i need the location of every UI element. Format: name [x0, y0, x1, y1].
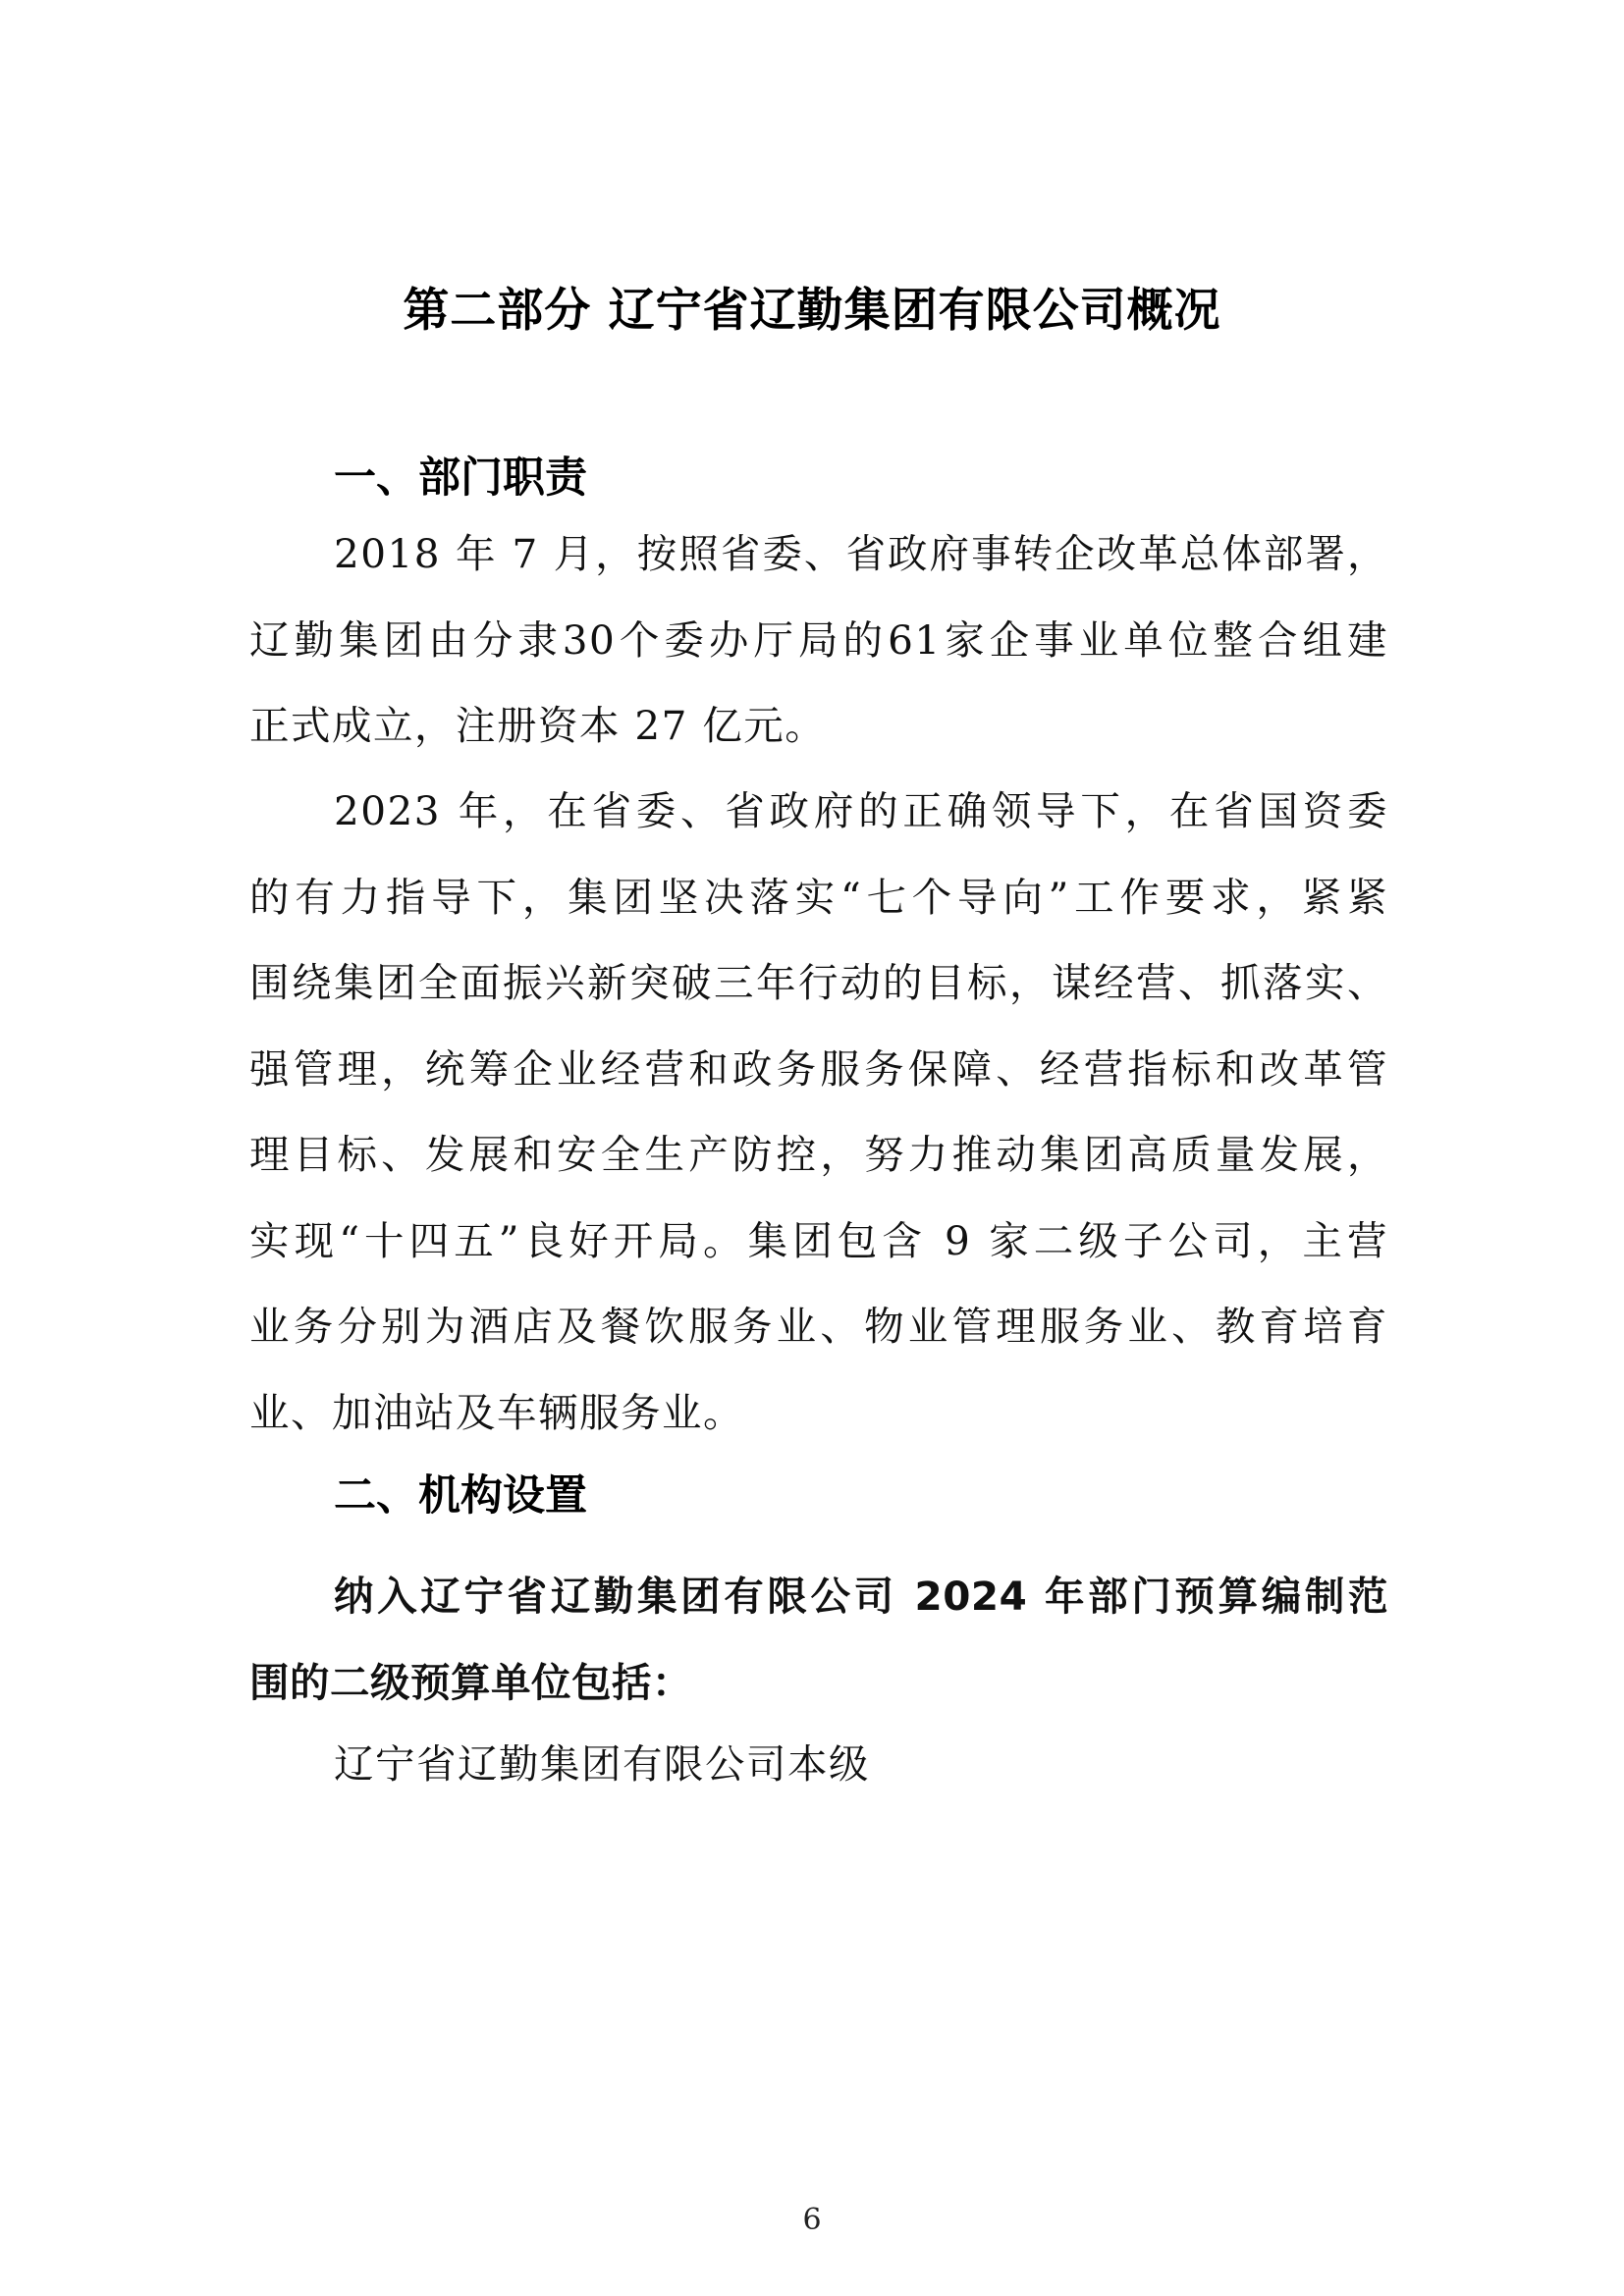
paragraph-line: 围绕集团全面振兴新突破三年行动的目标，谋经营、抓落实、 [249, 940, 1388, 1027]
paragraph-line: 业务分别为酒店及餐饮服务业、物业管理服务业、教育培育 [249, 1284, 1388, 1370]
paragraph-2023-overview: 2023 年，在省委、省政府的正确领导下，在省国资委 的有力指导下，集团坚决落实… [249, 769, 1388, 1456]
paragraph-budget-scope: 纳入辽宁省辽勤集团有限公司 2024 年部门预算编制范 围的二级预算单位包括： [249, 1554, 1388, 1726]
paragraph-line: 强管理，统筹企业经营和政务服务保障、经营指标和改革管 [249, 1027, 1388, 1113]
paragraph-line: 2023 年，在省委、省政府的正确领导下，在省国资委 [249, 769, 1388, 855]
paragraph-line: 的有力指导下，集团坚决落实“七个导向”工作要求，紧紧 [249, 855, 1388, 941]
document-page: 第二部分 辽宁省辽勤集团有限公司概况 一、部门职责 2018 年 7 月，按照省… [0, 0, 1624, 2296]
budget-unit-item: 辽宁省辽勤集团有限公司本级 [334, 1736, 870, 1791]
paragraph-line: 理目标、发展和安全生产防控，努力推动集团高质量发展， [249, 1112, 1388, 1199]
paragraph-line: 业、加油站及车辆服务业。 [249, 1370, 1388, 1457]
paragraph-line: 实现“十四五”良好开局。集团包含 9 家二级子公司，主营 [249, 1199, 1388, 1285]
paragraph-line: 辽勤集团由分隶30个委办厅局的61家企事业单位整合组建 [249, 598, 1388, 684]
paragraph-line: 2018 年 7 月，按照省委、省政府事转企改革总体部署， [249, 511, 1388, 598]
section-heading-responsibilities: 一、部门职责 [334, 451, 587, 506]
page-title: 第二部分 辽宁省辽勤集团有限公司概况 [0, 282, 1624, 341]
paragraph-line: 纳入辽宁省辽勤集团有限公司 2024 年部门预算编制范 [249, 1554, 1388, 1640]
paragraph-line: 正式成立，注册资本 27 亿元。 [249, 683, 1388, 770]
paragraph-founding: 2018 年 7 月，按照省委、省政府事转企改革总体部署， 辽勤集团由分隶30个… [249, 511, 1388, 770]
page-number: 6 [0, 2201, 1624, 2240]
section-heading-organization: 二、机构设置 [334, 1468, 587, 1523]
paragraph-line: 围的二级预算单位包括： [249, 1640, 1388, 1727]
